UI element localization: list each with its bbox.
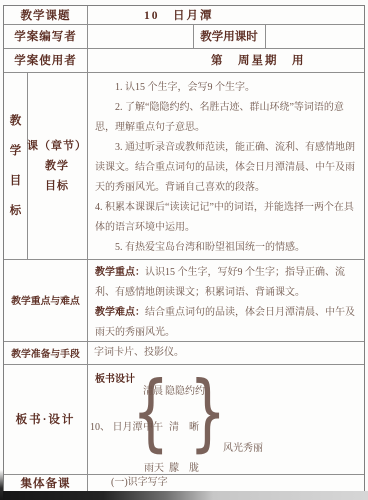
lesson-plan-table: 教学课题 10 日月潭 学案编写者 教学用课时 学案使用者 第 周星期 用 教 … [3,5,365,494]
difficulty-title: 教学难点： [95,307,145,318]
key-points-label: 教学重点与难点 [4,259,87,341]
difficulty-paragraph: 教学难点：结合重点词句的品读，体会日月潭清晨、中午及雨天的秀丽风光。 [95,303,356,341]
lesson-plan-page: 教学课题 10 日月潭 学案编写者 教学用课时 学案使用者 第 周星期 用 教 … [0,0,368,500]
goals-side-label: 教 学 目 标 [4,72,27,259]
lesson-title: 10 日月潭 [144,7,214,23]
focus-paragraph: 教学重点：认识15 个生字，写好9 个生字；指导正确、流利、有感情地朗读课文；积… [95,263,356,303]
topic-value: 10 日月潭 [87,6,364,24]
group-prep-value: (一)识字写字 [87,474,364,492]
preparation-label: 教学准备与手段 [4,341,87,364]
key-points-content: 教学重点：认识15 个生字，写好9 个生字；指导正确、流利、有感情地朗读课文；积… [87,259,364,341]
preparation-value: 字词卡片、投影仪。 [87,341,364,364]
goal-item: 4. 积累本课课后“读读记记”中的词语，并能选择一两个在具体的语言环境中运用。 [95,198,356,238]
board-title: 板书设计 [95,370,135,385]
class-hours-label: 教学用课时 [193,24,265,48]
week-value: 第 周星期 用 [87,48,364,72]
focus-title: 教学重点： [95,267,145,278]
group-prep-label: 集体备课 [4,474,87,492]
board-row-time: 雨天 [144,459,164,474]
author-label: 学案编写者 [4,24,87,48]
week-text: 第 周星期 用 [211,52,306,68]
right-brace: } [189,370,226,454]
board-row-time: 中午 [143,418,163,433]
board-row-desc: 朦 胧 [169,459,199,474]
class-hours-value-empty [265,24,364,48]
scan-smudge-bottom [0,491,368,500]
user-label: 学案使用者 [4,48,87,72]
goal-item: 3. 通过听录音或教师范读，能正确、流利、有感情地朗读课文。结合重点词句的品读，… [95,138,356,198]
goals-column-label: 课（章节） 教学 目标 [27,72,87,259]
scan-smudge-left-edge [0,470,3,500]
goal-item: 2. 了解“隐隐约约、名胜古迹、群山环绕”等词语的意思，理解重点句子意思。 [95,98,356,138]
board-design-content: 板书设计 10、 日月潭 { 清晨 隐隐约约 中午 清 晰 } 风光秀丽 雨天 … [87,364,364,474]
author-value-empty [87,24,193,48]
goals-content: 1. 认15 个生字，会写9 个生字。 2. 了解“隐隐约约、名胜古迹、群山环绕… [87,72,364,259]
topic-label: 教学课题 [4,6,87,24]
board-design-label: 板书·设计 [4,364,87,474]
goal-item: 5. 有热爱宝岛台湾和盼望祖国统一的情感。 [95,238,356,258]
goal-item: 1. 认15 个生字，会写9 个生字。 [95,78,356,98]
board-row-time: 清晨 [143,382,163,397]
board-result: 风光秀丽 [223,439,263,454]
